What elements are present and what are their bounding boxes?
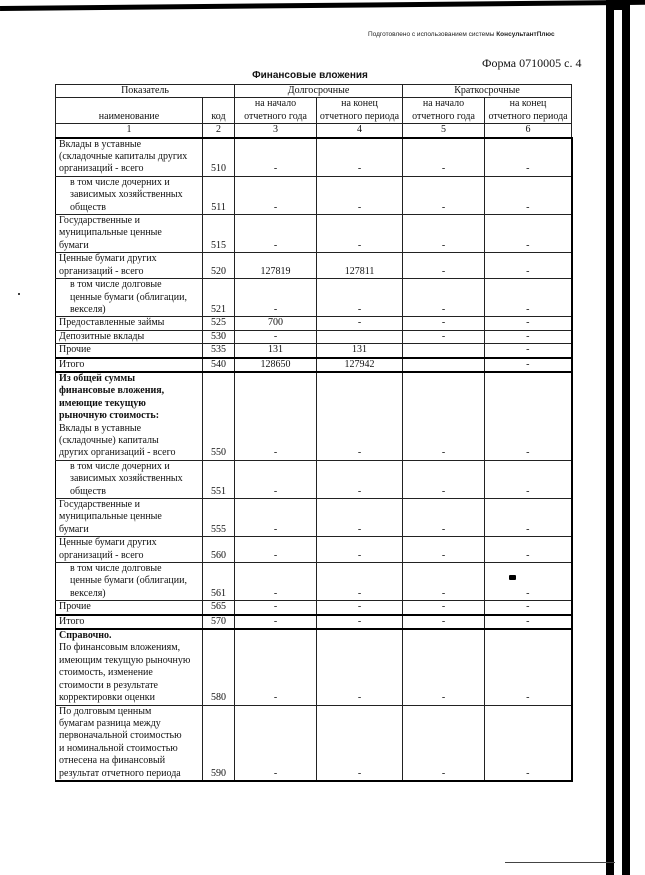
row-name-line: стоимости в результате (59, 680, 200, 692)
row-value: - (235, 629, 317, 705)
row-code: 561 (203, 563, 235, 601)
header-lt-end: на конецотчетного периода (317, 98, 403, 124)
row-value: - (485, 460, 572, 498)
row-value: - (235, 330, 317, 343)
row-name-line: обществ (70, 486, 200, 498)
row-value: - (317, 629, 403, 705)
row-value: - (235, 705, 317, 781)
row-name-line: в том числе долговые (70, 279, 200, 291)
row-value: - (235, 601, 317, 615)
row-value: - (403, 601, 485, 615)
row-code: 535 (203, 344, 235, 358)
row-name-line: первоначальной стоимостью (59, 730, 200, 742)
scan-speck (18, 293, 20, 295)
table-row: в том числе дочерних изависимых хозяйств… (56, 176, 572, 214)
row-value: - (403, 330, 485, 343)
col-number: 4 (317, 124, 403, 138)
row-value: - (235, 499, 317, 537)
row-name-line: в том числе дочерних и (70, 177, 200, 189)
row-value: - (317, 705, 403, 781)
row-value: - (403, 138, 485, 177)
row-name-line: организаций - всего (59, 163, 200, 175)
row-value: - (317, 537, 403, 563)
table-row: Предоставленные займы525700--- (56, 317, 572, 330)
row-name-heading: Справочно. (59, 630, 200, 642)
row-value: - (235, 372, 317, 460)
row-value: - (317, 372, 403, 460)
row-name: Депозитные вклады (56, 330, 203, 343)
row-value (403, 358, 485, 372)
row-value: - (317, 499, 403, 537)
row-value: - (317, 317, 403, 330)
row-value: - (403, 563, 485, 601)
row-name-line: организаций - всего (59, 266, 200, 278)
row-value (317, 330, 403, 343)
row-name-line: Итого (59, 359, 200, 371)
row-value: 700 (235, 317, 317, 330)
row-value: - (403, 537, 485, 563)
row-code: 510 (203, 138, 235, 177)
row-value: - (403, 499, 485, 537)
row-value: - (485, 537, 572, 563)
row-value: - (235, 176, 317, 214)
row-value: - (403, 460, 485, 498)
row-name-line: бумагам разница между (59, 718, 200, 730)
row-name-line: бумаги (59, 240, 200, 252)
row-name-line: стоимость, изменение (59, 667, 200, 679)
row-value: - (403, 176, 485, 214)
row-name-line: Депозитные вклады (59, 331, 200, 343)
row-value: - (317, 460, 403, 498)
row-code: 540 (203, 358, 235, 372)
row-value: - (485, 615, 572, 629)
col-number: 6 (485, 124, 572, 138)
row-value: - (403, 317, 485, 330)
row-name-line: Вклады в уставные (59, 139, 200, 151)
row-value: - (235, 215, 317, 253)
row-name: Ценные бумаги другихорганизаций - всего (56, 537, 203, 563)
row-name: Итого (56, 358, 203, 372)
row-value: 127942 (317, 358, 403, 372)
table-row: Прочие535131131- (56, 344, 572, 358)
row-name-heading: имеющие текущую (59, 398, 200, 410)
row-name: Предоставленные займы (56, 317, 203, 330)
row-value: - (235, 563, 317, 601)
row-value: - (403, 279, 485, 317)
row-name-line: Государственные и (59, 499, 200, 511)
row-name: в том числе долговыеценные бумаги (облиг… (56, 279, 203, 317)
row-name-line: Вклады в уставные (59, 423, 200, 435)
row-code: 525 (203, 317, 235, 330)
row-name-line: в том числе долговые (70, 563, 200, 575)
col-number: 3 (235, 124, 317, 138)
header-st-end: на конецотчетного периода (485, 98, 572, 124)
table-row: в том числе долговыеценные бумаги (облиг… (56, 563, 572, 601)
row-name-line: муниципальные ценные (59, 511, 200, 523)
document-title: Финансовые вложения (0, 70, 620, 81)
row-value: - (317, 176, 403, 214)
table-row: Ценные бумаги другихорганизаций - всего5… (56, 537, 572, 563)
row-name: Вклады в уставные(складочные капиталы др… (56, 138, 203, 177)
row-name-line: Предоставленные займы (59, 317, 200, 329)
row-value: - (485, 138, 572, 177)
table-row: Справочно.По финансовым вложениям,имеющи… (56, 629, 572, 705)
row-value: - (235, 138, 317, 177)
row-code: 560 (203, 537, 235, 563)
row-value: 128650 (235, 358, 317, 372)
row-name-heading: рыночную стоимость: (59, 410, 200, 422)
row-value: - (403, 705, 485, 781)
row-name-line: отнесена на финансовый (59, 755, 200, 767)
row-code: 521 (203, 279, 235, 317)
row-name: Из общей суммыфинансовые вложения,имеющи… (56, 372, 203, 460)
table-body: Вклады в уставные(складочные капиталы др… (56, 138, 572, 781)
row-name: Прочие (56, 601, 203, 615)
row-code: 551 (203, 460, 235, 498)
table-row: Итого570---- (56, 615, 572, 629)
row-name-line: векселя) (70, 588, 200, 600)
header-name: наименование (56, 98, 203, 124)
row-value: - (485, 176, 572, 214)
row-value: 127819 (235, 253, 317, 279)
consultant-note: Подготовлено с использованием системы Ко… (368, 31, 555, 38)
row-name-line: зависимых хозяйственных (70, 189, 200, 201)
table-row: Итого540128650127942- (56, 358, 572, 372)
header-code: код (203, 98, 235, 124)
row-name-line: корректировки оценки (59, 692, 200, 704)
row-value: - (485, 705, 572, 781)
col-number: 2 (203, 124, 235, 138)
row-name-heading: Из общей суммы (59, 373, 200, 385)
row-value: - (403, 629, 485, 705)
row-name-line: Прочие (59, 601, 200, 613)
row-name-line: Ценные бумаги других (59, 537, 200, 549)
row-value: - (485, 601, 572, 615)
row-value: - (235, 460, 317, 498)
row-name: По долговым ценнымбумагам разница междуп… (56, 705, 203, 781)
header-lt-start: на началоотчетного года (235, 98, 317, 124)
row-value: - (317, 601, 403, 615)
row-name: Ценные бумаги другихорганизаций - всего (56, 253, 203, 279)
row-name-line: ценные бумаги (облигации, (70, 292, 200, 304)
row-name-line: других организаций - всего (59, 447, 200, 459)
row-name: Государственные имуниципальные ценныебум… (56, 499, 203, 537)
table-row: Ценные бумаги другихорганизаций - всего5… (56, 253, 572, 279)
row-value: - (485, 563, 572, 601)
row-name-heading: финансовые вложения, (59, 385, 200, 397)
row-code: 550 (203, 372, 235, 460)
header-st-start: на началоотчетного года (403, 98, 485, 124)
row-name: в том числе дочерних изависимых хозяйств… (56, 460, 203, 498)
row-code: 565 (203, 601, 235, 615)
scan-edge-top (0, 0, 645, 11)
row-name: Справочно.По финансовым вложениям,имеющи… (56, 629, 203, 705)
table-row: в том числе долговыеценные бумаги (облиг… (56, 279, 572, 317)
row-name: Государственные имуниципальные ценныебум… (56, 215, 203, 253)
row-value: 131 (235, 344, 317, 358)
row-code: 570 (203, 615, 235, 629)
row-name-line: муниципальные ценные (59, 227, 200, 239)
table-row: Государственные имуниципальные ценныебум… (56, 499, 572, 537)
header-short-term: Краткосрочные (403, 85, 572, 98)
table-row: Вклады в уставные(складочные капиталы др… (56, 138, 572, 177)
financial-investments-table: Показатель Долгосрочные Краткосрочные на… (55, 84, 573, 782)
scan-edge-right-outer (622, 0, 630, 875)
row-name-line: По финансовым вложениям, (59, 642, 200, 654)
row-code: 530 (203, 330, 235, 343)
table-row: Прочие565---- (56, 601, 572, 615)
row-name: Прочие (56, 344, 203, 358)
row-name: в том числе долговыеценные бумаги (облиг… (56, 563, 203, 601)
row-value: 131 (317, 344, 403, 358)
row-value: - (485, 330, 572, 343)
table-row: Государственные имуниципальные ценныебум… (56, 215, 572, 253)
row-code: 520 (203, 253, 235, 279)
row-name-line: По долговым ценным (59, 706, 200, 718)
row-value: - (485, 372, 572, 460)
row-name-line: Прочие (59, 344, 200, 356)
row-value (403, 344, 485, 358)
table-row: Депозитные вклады530--- (56, 330, 572, 343)
header-indicator: Показатель (56, 85, 235, 98)
row-value: - (485, 279, 572, 317)
row-name-line: (складочные) капиталы (59, 435, 200, 447)
form-number: Форма 0710005 с. 4 (482, 56, 581, 71)
row-value: - (403, 372, 485, 460)
row-name-line: и номинальной стоимостью (59, 743, 200, 755)
row-name-line: в том числе дочерних и (70, 461, 200, 473)
row-value: - (485, 629, 572, 705)
row-value: - (235, 279, 317, 317)
row-name: Итого (56, 615, 203, 629)
row-value: - (317, 279, 403, 317)
table-row: По долговым ценнымбумагам разница междуп… (56, 705, 572, 781)
row-value: - (403, 615, 485, 629)
row-name-line: Итого (59, 616, 200, 628)
row-name-line: организаций - всего (59, 550, 200, 562)
col-number: 5 (403, 124, 485, 138)
row-value: - (485, 253, 572, 279)
row-value: - (485, 344, 572, 358)
row-value: - (317, 563, 403, 601)
row-code: 511 (203, 176, 235, 214)
row-code: 590 (203, 705, 235, 781)
row-name-line: имеющим текущую рыночную (59, 655, 200, 667)
row-code: 515 (203, 215, 235, 253)
row-value: - (403, 215, 485, 253)
row-name-line: ценные бумаги (облигации, (70, 575, 200, 587)
row-value: - (317, 615, 403, 629)
row-name-line: Ценные бумаги других (59, 253, 200, 265)
row-name-line: бумаги (59, 524, 200, 536)
row-value: - (485, 499, 572, 537)
row-name: в том числе дочерних изависимых хозяйств… (56, 176, 203, 214)
table-row: Из общей суммыфинансовые вложения,имеющи… (56, 372, 572, 460)
row-name-line: результат отчетного периода (59, 768, 200, 780)
row-name-line: Государственные и (59, 215, 200, 227)
row-name-line: обществ (70, 202, 200, 214)
row-value: - (235, 615, 317, 629)
scan-edge-bottom (505, 862, 615, 863)
row-value: 127811 (317, 253, 403, 279)
row-value: - (235, 537, 317, 563)
row-code: 580 (203, 629, 235, 705)
table-row: в том числе дочерних изависимых хозяйств… (56, 460, 572, 498)
col-number: 1 (56, 124, 203, 138)
row-value: - (485, 215, 572, 253)
row-code: 555 (203, 499, 235, 537)
row-value: - (485, 358, 572, 372)
row-name-line: зависимых хозяйственных (70, 473, 200, 485)
row-value: - (317, 138, 403, 177)
row-value: - (485, 317, 572, 330)
row-value: - (403, 253, 485, 279)
row-name-line: (складочные капиталы других (59, 151, 200, 163)
header-long-term: Долгосрочные (235, 85, 403, 98)
row-name-line: векселя) (70, 304, 200, 316)
row-value: - (317, 215, 403, 253)
